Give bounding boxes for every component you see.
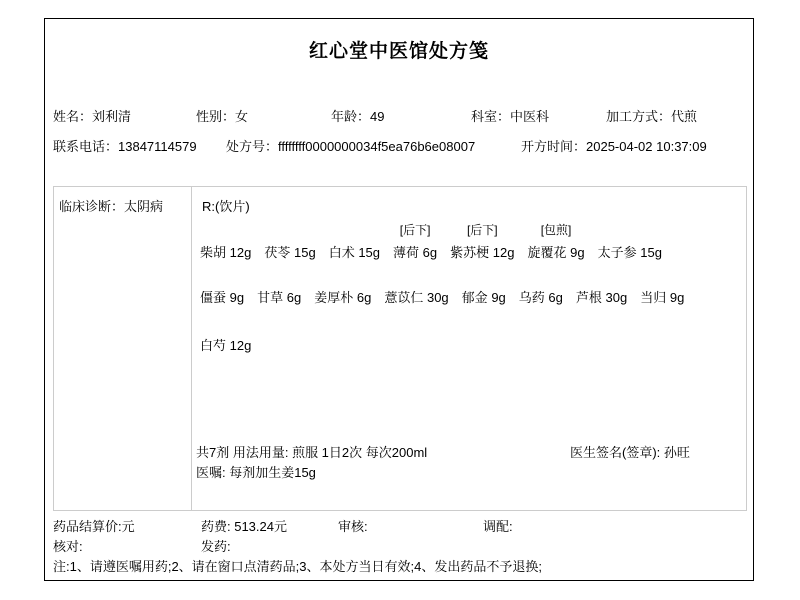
field-issue-time-value: 2025-04-02 10:37:09: [586, 139, 707, 154]
rx-cell: R:(饮片) 柴胡 12g 茯苓 15g 白术 15g [后下] 薄荷 6g: [192, 187, 746, 510]
herb-item: 太子参 15g: [598, 221, 662, 261]
field-department-label: 科室：: [471, 109, 510, 124]
page-title: 红心堂中医馆处方笺: [45, 36, 753, 63]
diagnosis-value: 太阴病: [124, 199, 163, 214]
dispense-field: 调配:: [483, 516, 513, 535]
herb-name-dose: 乌药 6g: [519, 287, 563, 306]
doctor-signature: 医生签名(签章): 孙旺: [570, 442, 690, 461]
check-field: 核对:: [53, 536, 83, 555]
herb-line-3: 白芍 12g: [200, 335, 251, 354]
field-gender-value: 女: [235, 109, 248, 124]
prescription-body: 临床诊断：太阴病 R:(饮片) 柴胡 12g 茯苓 15g 白术 15g [后: [53, 186, 747, 511]
herb-item: 薏苡仁 30g: [384, 287, 448, 306]
herb-name-dose: 白芍 12g: [200, 335, 251, 354]
field-processing-value: 代煎: [671, 109, 697, 124]
herb-name-dose: 甘草 6g: [257, 287, 301, 306]
herb-name-dose: 白术 15g: [329, 242, 380, 261]
field-prescription-no-label: 处方号：: [226, 139, 278, 154]
field-gender: 性别：女: [196, 106, 248, 125]
herb-item: [后下] 薄荷 6g: [393, 221, 437, 261]
herb-decoction-note: [包煎]: [541, 221, 572, 242]
herb-name-dose: 薄荷 6g: [393, 242, 437, 261]
field-age-label: 年龄：: [331, 109, 370, 124]
herb-decoction-note: [后下]: [400, 221, 431, 242]
doctor-advice: 医嘱: 每剂加生姜15g: [196, 462, 316, 481]
review-field: 审核:: [338, 516, 368, 535]
herb-item: [后下] 紫苏梗 12g: [450, 221, 514, 261]
herb-item: 姜厚朴 6g: [314, 287, 371, 306]
herb-name-dose: 太子参 15g: [598, 242, 662, 261]
herb-name-dose: 茯苓 15g: [264, 242, 315, 261]
prescription-sheet: 红心堂中医馆处方笺 姓名：刘利清 性别：女 年龄：49 科室：中医科 加工方式：…: [44, 18, 754, 581]
herb-name-dose: 郁金 9g: [462, 287, 506, 306]
issue-field: 发药:: [201, 536, 231, 555]
field-age-value: 49: [370, 109, 384, 124]
patient-info-row-2: 联系电话：13847114579 处方号：ffffffff0000000034f…: [45, 136, 753, 154]
field-department-value: 中医科: [510, 109, 549, 124]
field-gender-label: 性别：: [196, 109, 235, 124]
herb-item: 当归 9g: [640, 287, 684, 306]
herb-item: 甘草 6g: [257, 287, 301, 306]
herb-item: 乌药 6g: [519, 287, 563, 306]
herb-name-dose: 芦根 30g: [576, 287, 627, 306]
diagnosis-label: 临床诊断：: [59, 199, 124, 214]
herb-item: 芦根 30g: [576, 287, 627, 306]
herb-item: 茯苓 15g: [264, 221, 315, 261]
herb-name-dose: 旋覆花 9g: [527, 242, 584, 261]
footer-note: 注:1、请遵医嘱用药;2、请在窗口点清药品;3、本处方当日有效;4、发出药品不予…: [53, 556, 542, 575]
field-prescription-no-value: ffffffff0000000034f5ea76b6e08007: [278, 139, 475, 154]
field-processing-label: 加工方式：: [606, 109, 671, 124]
herb-item: 僵蚕 9g: [200, 287, 244, 306]
herb-item: [包煎] 旋覆花 9g: [527, 221, 584, 261]
settlement-price: 药品结算价:元: [53, 516, 135, 535]
herb-line-1: 柴胡 12g 茯苓 15g 白术 15g [后下] 薄荷 6g [后下] 紫苏梗…: [200, 221, 662, 261]
field-name-value: 刘利清: [92, 109, 131, 124]
herb-decoction-note: [后下]: [467, 221, 498, 242]
patient-info-row-1: 姓名：刘利清 性别：女 年龄：49 科室：中医科 加工方式：代煎: [45, 106, 753, 124]
field-age: 年龄：49: [331, 106, 384, 125]
herb-name-dose: 紫苏梗 12g: [450, 242, 514, 261]
herb-item: 柴胡 12g: [200, 221, 251, 261]
field-processing-method: 加工方式：代煎: [606, 106, 697, 125]
herb-item: 郁金 9g: [462, 287, 506, 306]
field-name: 姓名：刘利清: [53, 106, 131, 125]
herb-name-dose: 僵蚕 9g: [200, 287, 244, 306]
herb-item: 白芍 12g: [200, 335, 251, 354]
field-name-label: 姓名：: [53, 109, 92, 124]
dosage-summary: 共7剂 用法用量: 煎服 1日2次 每次200ml: [196, 442, 427, 461]
herb-name-dose: 薏苡仁 30g: [384, 287, 448, 306]
field-prescription-no: 处方号：ffffffff0000000034f5ea76b6e08007: [226, 136, 475, 155]
footer-row-2: 核对: 发药:: [45, 536, 753, 554]
field-issue-time: 开方时间：2025-04-02 10:37:09: [521, 136, 707, 155]
field-phone: 联系电话：13847114579: [53, 136, 197, 155]
herb-item: 白术 15g: [329, 221, 380, 261]
field-department: 科室：中医科: [471, 106, 549, 125]
field-phone-label: 联系电话：: [53, 139, 118, 154]
field-phone-value: 13847114579: [118, 139, 197, 154]
field-issue-time-label: 开方时间：: [521, 139, 586, 154]
herb-line-2: 僵蚕 9g 甘草 6g 姜厚朴 6g 薏苡仁 30g 郁金 9g 乌药 6g 芦…: [200, 287, 684, 306]
herb-name-dose: 当归 9g: [640, 287, 684, 306]
footer-row-1: 药品结算价:元 药费: 513.24元 审核: 调配:: [45, 516, 753, 534]
medicine-fee: 药费: 513.24元: [201, 516, 287, 535]
rx-header: R:(饮片): [202, 196, 250, 215]
diagnosis-cell: 临床诊断：太阴病: [54, 187, 192, 510]
herb-name-dose: 柴胡 12g: [200, 242, 251, 261]
herb-name-dose: 姜厚朴 6g: [314, 287, 371, 306]
